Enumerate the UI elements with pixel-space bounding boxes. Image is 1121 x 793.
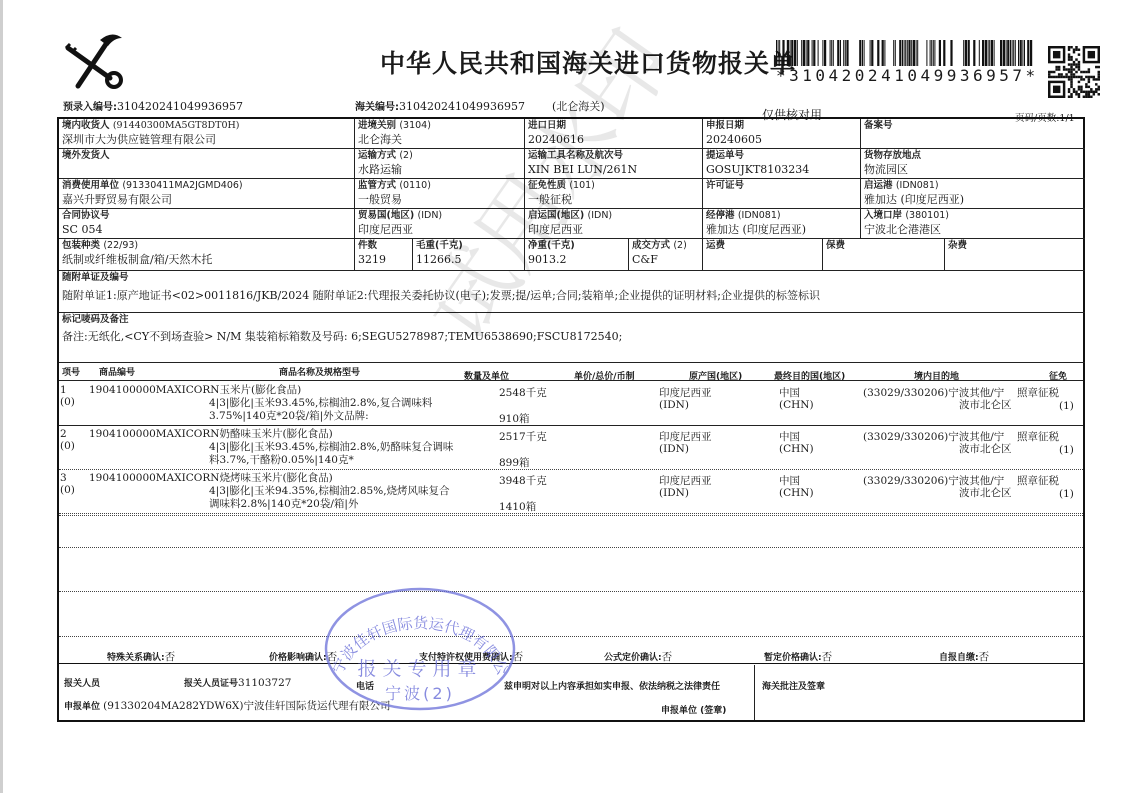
item-levy: 照章征税 xyxy=(1017,386,1059,400)
entry-customs-field: 进境关别 (3104) 北仑海关 xyxy=(355,119,525,149)
item-qty-boxes: 1410箱 xyxy=(499,500,536,514)
item-domestic-dest-2: 波市北仑区 xyxy=(959,398,1012,412)
confirm-4: 暂定价格确认:否 xyxy=(764,649,832,664)
declaring-unit: 申报单位 (91330204MA282YDW6X)宁波佳轩国际货运代理有限公司 xyxy=(64,698,390,713)
confirm-3: 公式定价确认:否 xyxy=(604,649,672,664)
item-domestic-dest-2: 波市北仑区 xyxy=(959,486,1012,500)
item-dest-code: (CHN) xyxy=(779,442,814,456)
item-spec-1: 4|3|膨化|玉米94.35%,棕榈油2.85%,烧烤风味复合 xyxy=(209,484,450,498)
contract-no-field: 合同协议号 SC 054 xyxy=(59,209,355,239)
goods-header-2: 商品名称及规格型号 xyxy=(279,365,360,378)
item-levy: 照章征税 xyxy=(1017,430,1059,444)
item-levy-code: (1) xyxy=(1059,487,1074,501)
legal-statement: 兹申明对以上内容承担如实申报、依法纳税之法律责任 xyxy=(504,679,720,692)
item-sub: (0) xyxy=(60,395,75,409)
item-qty-weight: 2517千克 xyxy=(499,430,547,444)
item-spec-2: 料3.7%,干酪粉0.05%|140克* xyxy=(209,453,354,467)
item-origin-code: (IDN) xyxy=(659,398,689,412)
customs-number: 海关编号:310420241049936957 xyxy=(355,98,525,113)
barcode-text: *310420241049936957* xyxy=(776,66,1039,85)
item-qty-boxes: 910箱 xyxy=(499,412,530,426)
item-sub: (0) xyxy=(60,483,75,497)
item-qty-weight: 2548千克 xyxy=(499,386,547,400)
item-qty-boxes: 899箱 xyxy=(499,456,530,470)
item-dest-code: (CHN) xyxy=(779,398,814,412)
import-date-field: 进口日期 20240616 xyxy=(525,119,703,149)
customs-sign-divider xyxy=(754,665,755,720)
goods-header-0: 项号 xyxy=(62,365,80,378)
item-sub: (0) xyxy=(60,439,75,453)
pieces-field: 件数 3219 xyxy=(355,239,413,271)
marks-remarks-field: 标记唛码及备注 备注:无纸化,<CY不到场查验> N/M 集装箱标箱数及号码: … xyxy=(59,313,1085,363)
declarant-label: 报关人员 xyxy=(64,676,100,689)
item-origin-code: (IDN) xyxy=(659,442,689,456)
freight-field: 运费 xyxy=(703,239,823,271)
insurance-field: 保费 xyxy=(823,239,945,271)
supervision-field: 监管方式 (0110) 一般贸易 xyxy=(355,179,525,209)
customs-office: (北仑海关) xyxy=(552,98,605,114)
unit-seal-label: 申报单位 (签章) xyxy=(661,703,726,716)
vessel-field: 运输工具名称及航次号 XIN BEI LUN/261N xyxy=(525,149,703,179)
customs-sign-label: 海关批注及签章 xyxy=(762,679,825,692)
confirm-1: 价格影响确认:否 xyxy=(269,649,337,664)
entry-port-field: 入境口岸 (380101) 宁波北仑港港区 xyxy=(861,209,1085,239)
attached-docs-field: 随附单证及编号 随附单证1:原产地证书<02>0011816/JKB/2024 … xyxy=(59,271,1085,313)
transit-port-field: 经停港 (IDN081) 雅加达 (印度尼西亚) xyxy=(703,209,861,239)
item-dest-code: (CHN) xyxy=(779,486,814,500)
consignee-field: 境内收货人 (91440300MA5GT8DT0H) 深圳市大为供应链管理有限公… xyxy=(59,119,355,149)
deal-mode-field: 成交方式 (2) C&F xyxy=(629,239,703,271)
consumer-field: 消费使用单位 (91330411MA2JGMD406) 嘉兴升野贸易有限公司 xyxy=(59,179,355,209)
barcode xyxy=(776,40,1034,66)
pre-entry-number: 预录入编号:310420241049936957 xyxy=(63,98,243,113)
packing-field: 包装种类 (22/93) 纸制或纤维板制盒/箱/天然木托 xyxy=(59,239,355,271)
item-code-name: 1904100000MAXICORN玉米片(膨化食品) xyxy=(89,383,301,397)
item-spec-1: 4|3|膨化|玉米93.45%,棕榈油2.8%,复合调味料 xyxy=(209,396,432,410)
goods-header-1: 商品编号 xyxy=(99,365,135,378)
item-levy: 照章征税 xyxy=(1017,474,1059,488)
item-domestic-dest-2: 波市北仑区 xyxy=(959,442,1012,456)
overseas-shipper-field: 境外发货人 xyxy=(59,149,355,179)
departure-country-field: 启运国(地区) (IDN) 印度尼西亚 xyxy=(525,209,703,239)
transport-mode-field: 运输方式 (2) 水路运输 xyxy=(355,149,525,179)
item-spec-2: 3.75%|140克*20袋/箱|外文品牌: xyxy=(209,409,369,423)
bill-no-field: 提运单号 GOSUJKT8103234 xyxy=(703,149,861,179)
levy-nature-field: 征免性质 (101) 一般征税 xyxy=(525,179,703,209)
record-no-field: 备案号 xyxy=(861,119,1085,149)
scan-edge xyxy=(0,0,3,793)
item-spec-2: 调味料2.8%|140克*20袋/箱|外 xyxy=(209,497,358,511)
item-origin-code: (IDN) xyxy=(659,486,689,500)
item-qty-weight: 3948千克 xyxy=(499,474,547,488)
document-title: 中华人民共和国海关进口货物报关单 xyxy=(380,44,796,80)
misc-fee-field: 杂费 xyxy=(945,239,1085,271)
license-no-field: 许可证号 xyxy=(703,179,861,209)
gross-weight-field: 毛重(千克) 11266.5 xyxy=(413,239,525,271)
declaration-form: 境内收货人 (91440300MA5GT8DT0H) 深圳市大为供应链管理有限公… xyxy=(57,117,1085,722)
net-weight-field: 净重(千克) 9013.2 xyxy=(525,239,629,271)
confirm-2: 支付特许权使用费确认:否 xyxy=(419,649,523,664)
declarant-cert: 报关人员证号31103727 xyxy=(184,676,291,689)
storage-place-field: 货物存放地点 物流园区 xyxy=(861,149,1085,179)
item-levy-code: (1) xyxy=(1059,399,1074,413)
declare-date-field: 申报日期 20240605 xyxy=(703,119,861,149)
customs-emblem-icon xyxy=(60,30,130,92)
item-levy-code: (1) xyxy=(1059,443,1074,457)
item-spec-1: 4|3|膨化|玉米93.45%,棕榈油2.8%,奶酪味复合调味 xyxy=(209,440,453,454)
departure-port-field: 启运港 (IDN081) 雅加达 (印度尼西亚) xyxy=(861,179,1085,209)
item-code-name: 1904100000MAXICORN烧烤味玉米片(膨化食品) xyxy=(89,471,333,485)
qr-code xyxy=(1048,44,1100,100)
confirm-0: 特殊关系确认:否 xyxy=(107,649,175,664)
confirm-5: 自报自缴:否 xyxy=(939,649,989,664)
trade-country-field: 贸易国(地区) (IDN) 印度尼西亚 xyxy=(355,209,525,239)
item-code-name: 1904100000MAXICORN奶酪味玉米片(膨化食品) xyxy=(89,427,333,441)
phone-label: 电话 xyxy=(356,679,374,692)
